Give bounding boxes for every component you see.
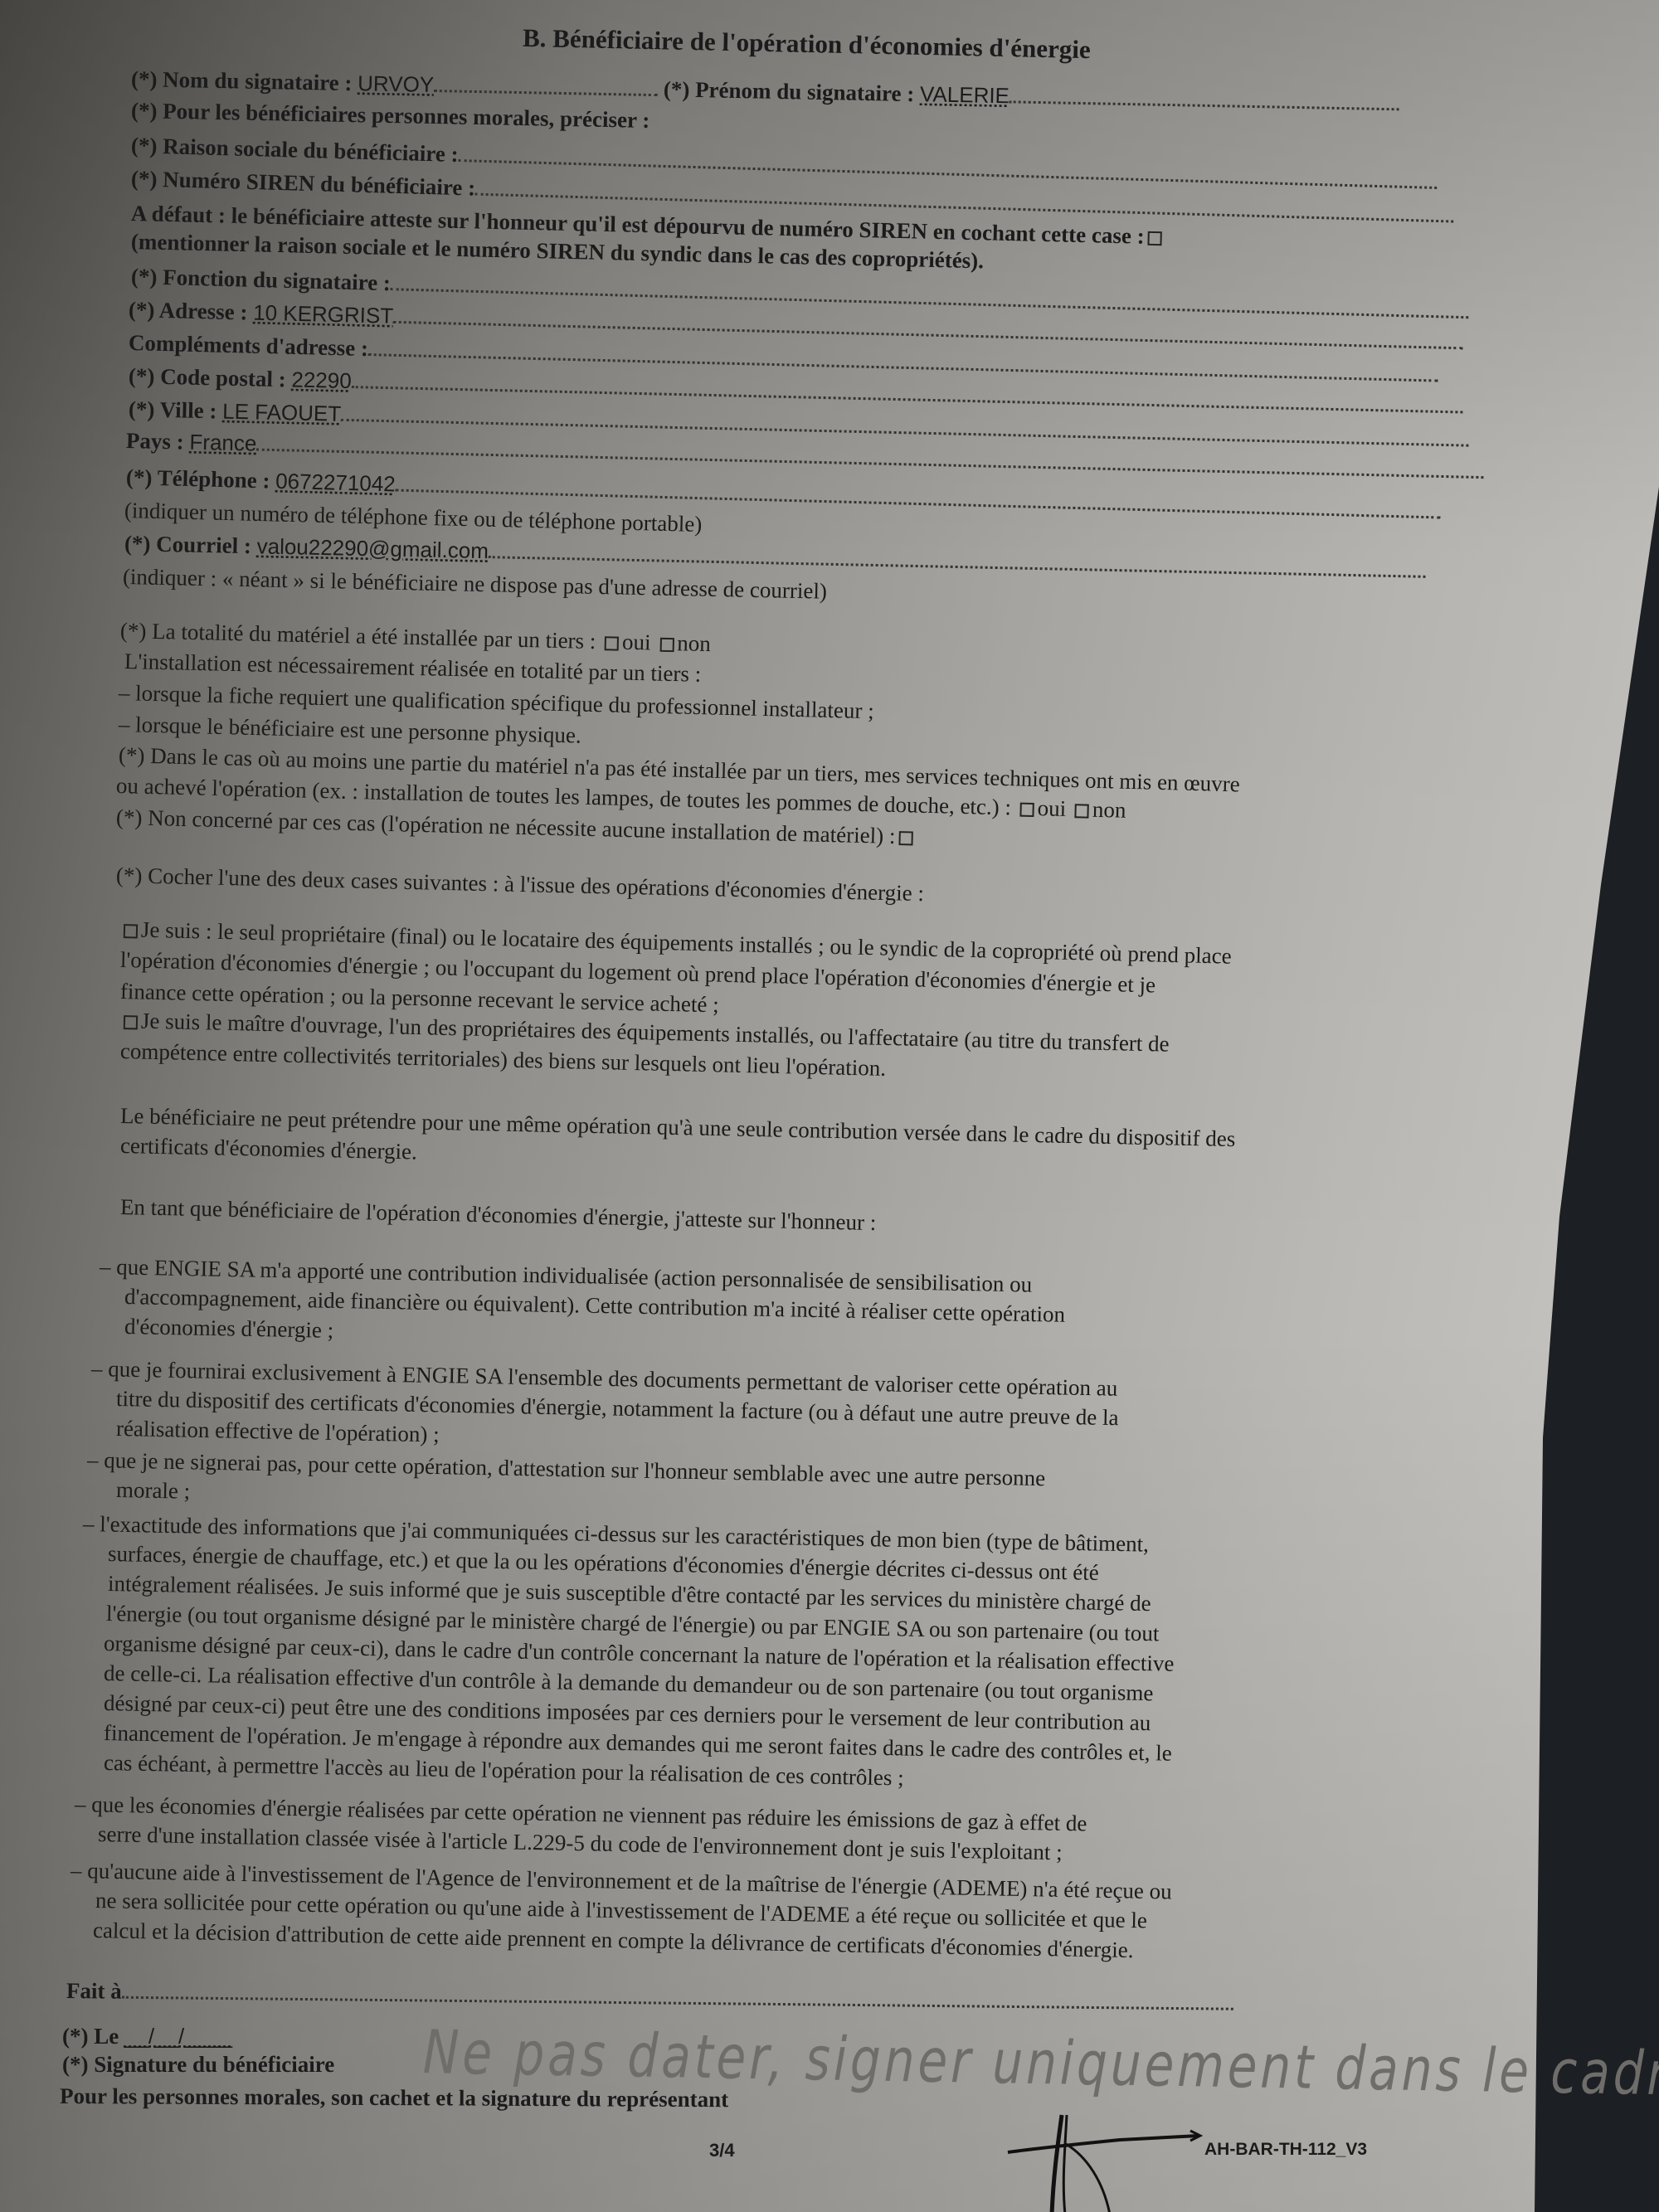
adresse-label: (*) Adresse : <box>129 297 248 324</box>
attestation-line: morale ; <box>116 1477 191 1505</box>
ville-field[interactable]: LE FAOUET <box>222 399 342 426</box>
paragraph-contribution-2: certificats d'économies d'énergie. <box>120 1133 417 1164</box>
date-field[interactable]: __/__/____ <box>124 2024 232 2049</box>
installation-q3-checkbox[interactable] <box>898 831 912 845</box>
prenom-label: (*) Prénom du signataire : <box>664 76 915 106</box>
courriel-note: (indiquer : « néant » si le bénéficiaire… <box>123 564 828 604</box>
adresse-field[interactable]: 10 KERGRIST <box>253 300 394 328</box>
installation-l3: – lorsque le bénéficiaire est une person… <box>119 712 581 749</box>
pays-label: Pays : <box>126 428 184 455</box>
attestation-line: réalisation effective de l'opération) ; <box>116 1416 440 1447</box>
maitre-ouvrage-checkbox[interactable] <box>124 1015 138 1029</box>
telephone-note: (indiquer un numéro de téléphone fixe ou… <box>124 498 703 537</box>
code-postal-field[interactable]: 22290 <box>291 367 352 393</box>
non-label: non <box>677 630 711 656</box>
date-row: (*) Le __/__/____ <box>62 2024 232 2049</box>
section-title: B. Bénéficiaire de l'opération d'économi… <box>523 23 1091 65</box>
personnes-morales-row: (*) Pour les bénéficiaires personnes mor… <box>131 98 650 134</box>
fonction-label: (*) Fonction du signataire : <box>131 264 392 295</box>
prenom-field[interactable]: VALERIE <box>920 81 1010 108</box>
telephone-label: (*) Téléphone : <box>126 464 270 493</box>
telephone-note-row: (indiquer un numéro de téléphone fixe ou… <box>124 498 703 537</box>
attestation-line: d'économies d'énergie ; <box>124 1314 334 1344</box>
installation-q2-non-checkbox[interactable] <box>1075 805 1089 819</box>
fait-a-label: Fait à <box>66 1978 122 2004</box>
installation-q1-label: (*) La totalité du matériel a été instal… <box>120 618 596 654</box>
page-number: 3/4 <box>709 2140 735 2161</box>
courriel-field[interactable]: valou22290@gmail.com <box>256 533 489 563</box>
paragraph-atteste: En tant que bénéficiaire de l'opération … <box>120 1194 877 1236</box>
telephone-field[interactable]: 0672271042 <box>275 469 396 497</box>
courriel-label: (*) Courriel : <box>124 531 252 558</box>
installation-q2-oui-checkbox[interactable] <box>1019 803 1034 817</box>
fait-a-field[interactable] <box>122 1996 1233 2010</box>
ville-label: (*) Ville : <box>129 396 217 423</box>
pays-field[interactable]: France <box>189 430 257 456</box>
installation-q1-oui-checkbox[interactable] <box>605 637 619 651</box>
code-postal-label: (*) Code postal : <box>129 363 286 391</box>
raison-sociale-label: (*) Raison sociale du bénéficiaire : <box>131 133 459 167</box>
personnes-morales-label: (*) Pour les bénéficiaires personnes mor… <box>131 98 650 133</box>
complements-label: Compléments d'adresse : <box>129 330 369 361</box>
document-reference: AH-BAR-TH-112_V3 <box>1204 2140 1367 2160</box>
nom-field[interactable]: URVOY <box>358 70 435 97</box>
courriel-note-row: (indiquer : « néant » si le bénéficiaire… <box>123 564 828 605</box>
cocher-intro: (*) Cocher l'une des deux cases suivante… <box>116 863 925 907</box>
siren-label: (*) Numéro SIREN du bénéficiaire : <box>131 166 476 201</box>
oui-label: oui <box>622 630 651 655</box>
proprietaire-checkbox[interactable] <box>124 924 138 938</box>
fait-a-row: Fait à <box>66 1978 1233 2016</box>
dotted-line <box>1010 100 1399 110</box>
form-content: B. Bénéficiaire de l'opération d'économi… <box>0 0 1659 2212</box>
attestation-line: – que je ne signerai pas, pour cette opé… <box>87 1447 1046 1491</box>
installation-q1-non-checkbox[interactable] <box>659 638 674 652</box>
siren-checkbox[interactable] <box>1147 231 1161 246</box>
dotted-line <box>434 90 658 96</box>
non-label: non <box>1092 797 1126 823</box>
nom-label: (*) Nom du signataire : <box>131 66 353 95</box>
le-label: (*) Le <box>62 2024 119 2049</box>
signature-label: (*) Signature du bénéficiaire <box>62 2052 334 2078</box>
oui-label: oui <box>1037 795 1066 821</box>
signature-mark-icon <box>954 2107 1203 2212</box>
